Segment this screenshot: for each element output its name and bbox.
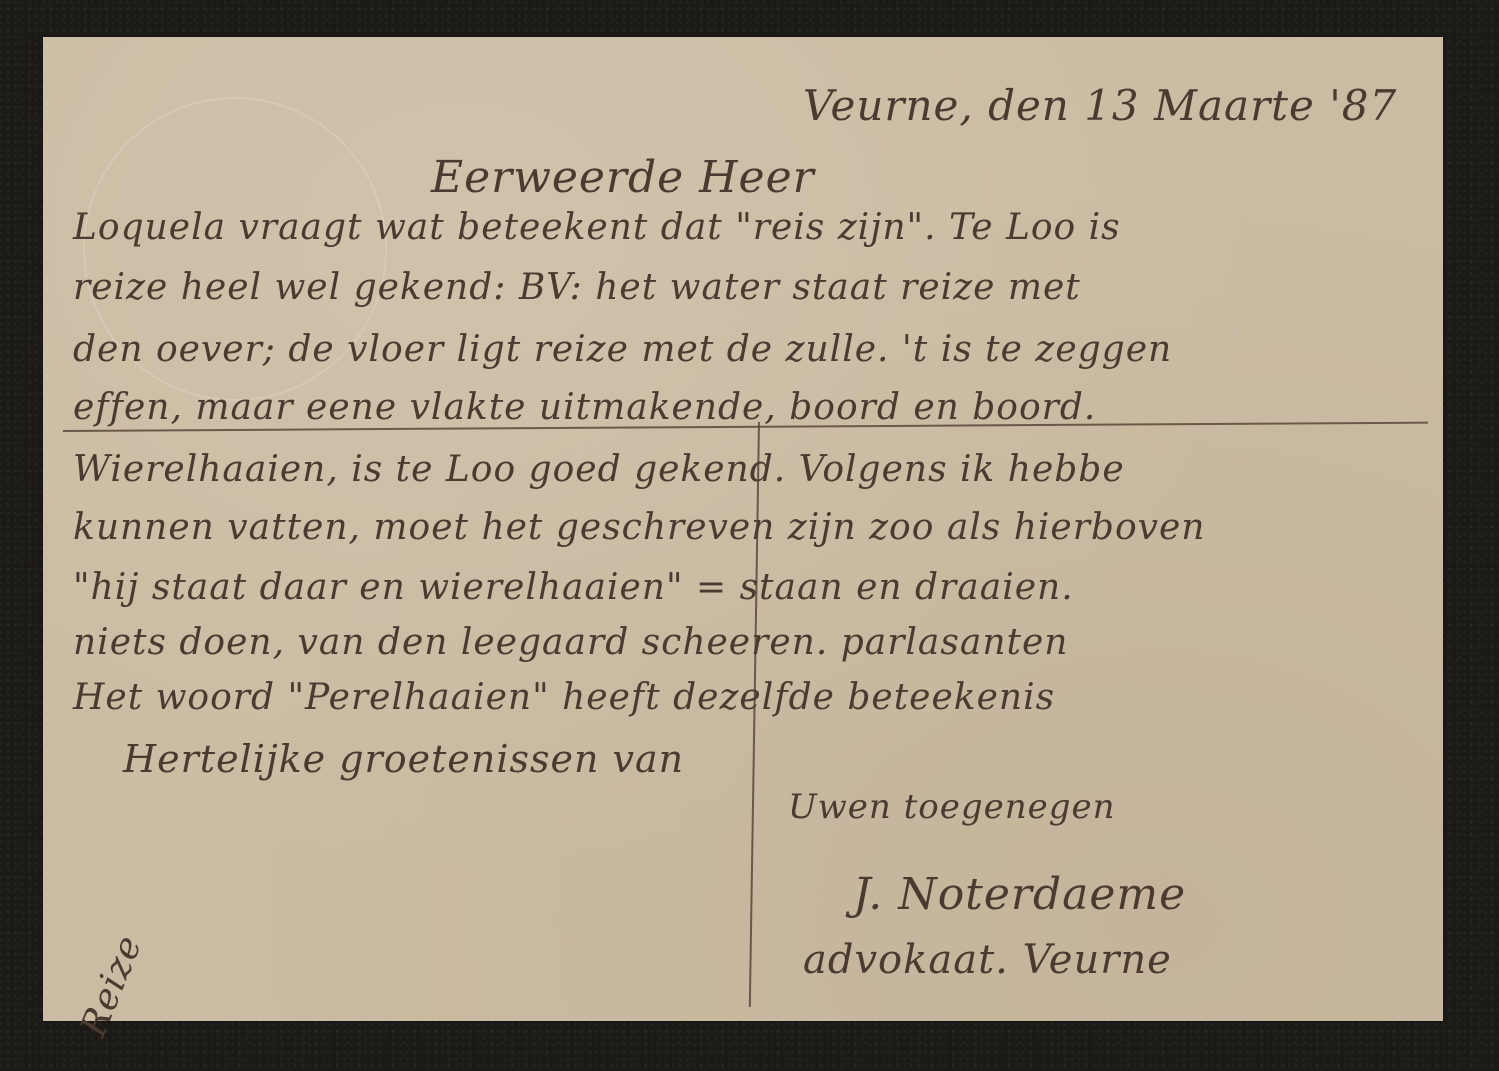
- body-line: Het woord "Perelhaaien" heeft dezelfde b…: [73, 677, 1055, 718]
- salutation: Eerweerde Heer: [431, 152, 815, 203]
- body-line: reize heel wel gekend: BV: het water sta…: [73, 267, 1081, 308]
- body-line: Wierelhaaien, is te Loo goed gekend. Vol…: [73, 449, 1125, 490]
- body-line: niets doen, van den leegaard scheeren. p…: [73, 622, 1068, 663]
- body-line: den oever; de vloer ligt reize met de zu…: [73, 329, 1172, 370]
- margin-note: Reize: [73, 929, 150, 1042]
- body-line: kunnen vatten, moet het geschreven zijn …: [73, 507, 1205, 548]
- body-line: Hertelijke groetenissen van: [123, 737, 684, 781]
- closing: Uwen toegenegen: [788, 787, 1116, 827]
- postcard: Veurne, den 13 Maarte '87 Eerweerde Heer…: [43, 37, 1443, 1021]
- body-line: Loquela vraagt wat beteekent dat "reis z…: [73, 207, 1121, 248]
- body-line: "hij staat daar en wierelhaaien" = staan…: [73, 567, 1074, 608]
- signature-title: advokaat. Veurne: [803, 937, 1172, 983]
- body-line: effen, maar eene vlakte uitmakende, boor…: [73, 387, 1096, 428]
- place-date: Veurne, den 13 Maarte '87: [803, 81, 1397, 130]
- signature: J. Noterdaeme: [853, 869, 1186, 920]
